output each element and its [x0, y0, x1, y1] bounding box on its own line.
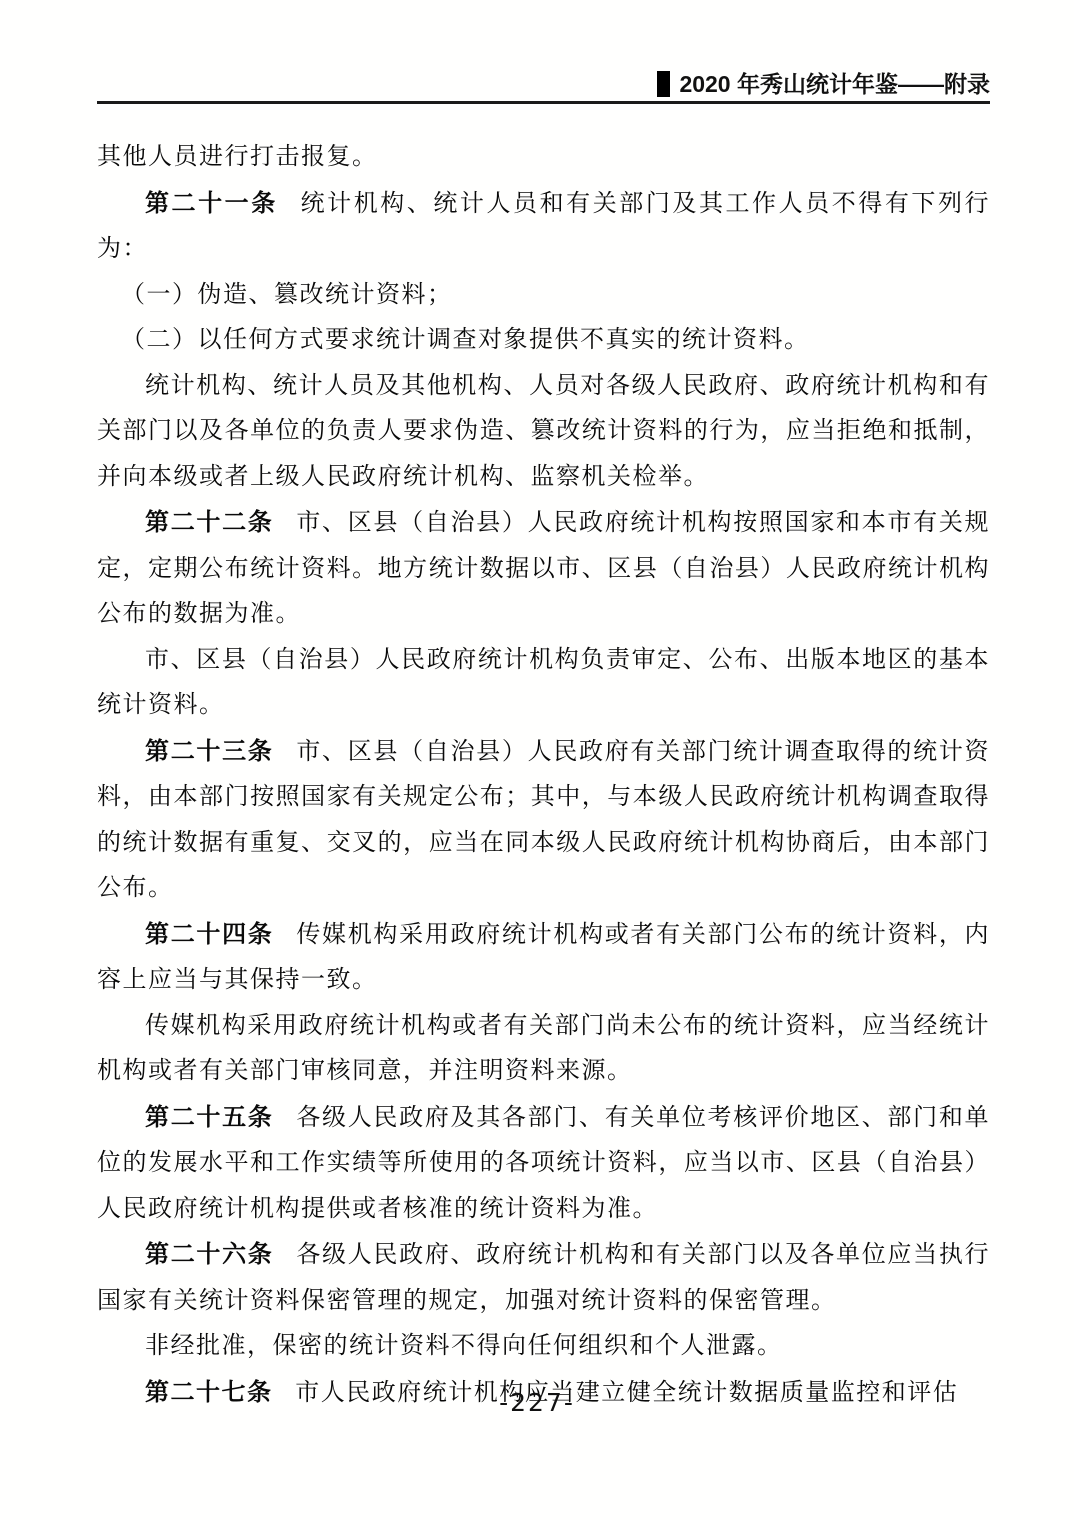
- article-number: 第二十一条: [145, 188, 278, 217]
- paragraph-text: 传媒机构采用政府统计机构或者有关部门尚未公布的统计资料，应当经统计机构或者有关部…: [97, 1011, 990, 1085]
- document-body: 其他人员进行打击报复。 第二十一条统计机构、统计人员和有关部门及其工作人员不得有…: [97, 134, 990, 1415]
- paragraph-text: 统计机构、统计人员及其他机构、人员对各级人民政府、政府统计机构和有关部门以及各单…: [97, 371, 990, 490]
- paragraph: 非经批准，保密的统计资料不得向任何组织和个人泄露。: [97, 1323, 990, 1369]
- paragraph: 第二十一条统计机构、统计人员和有关部门及其工作人员不得有下列行为：: [97, 180, 990, 272]
- paragraph: （一）伪造、篡改统计资料；: [97, 272, 990, 318]
- paragraph: 第二十六条各级人民政府、政府统计机构和有关部门以及各单位应当执行国家有关统计资料…: [97, 1231, 990, 1323]
- article-number: 第二十四条: [145, 919, 274, 948]
- page-footer: -227-: [0, 1388, 1074, 1417]
- article-number: 第二十五条: [145, 1102, 274, 1131]
- article-number: 第二十三条: [145, 736, 274, 765]
- paragraph: 第二十二条市、区县（自治县）人民政府统计机构按照国家和本市有关规定，定期公布统计…: [97, 499, 990, 637]
- paragraph: 第二十四条传媒机构采用政府统计机构或者有关部门公布的统计资料，内容上应当与其保持…: [97, 911, 990, 1003]
- document-page: 2020 年秀山统计年鉴——附录 其他人员进行打击报复。 第二十一条统计机构、统…: [0, 0, 1074, 1520]
- page-number: -227-: [499, 1388, 575, 1417]
- paragraph: 市、区县（自治县）人民政府统计机构负责审定、公布、出版本地区的基本统计资料。: [97, 637, 990, 728]
- paragraph-text: 非经批准，保密的统计资料不得向任何组织和个人泄露。: [145, 1331, 783, 1359]
- article-number: 第二十六条: [145, 1239, 274, 1268]
- paragraph-text: （一）伪造、篡改统计资料；: [121, 280, 453, 308]
- header-title: 2020 年秀山统计年鉴——附录: [679, 71, 990, 97]
- paragraph-text: 其他人员进行打击报复。: [97, 142, 378, 170]
- paragraph: 第二十三条市、区县（自治县）人民政府有关部门统计调查取得的统计资料，由本部门按照…: [97, 728, 990, 911]
- paragraph: 第二十五条各级人民政府及其各部门、有关单位考核评价地区、部门和单位的发展水平和工…: [97, 1094, 990, 1232]
- paragraph: （二）以任何方式要求统计调查对象提供不真实的统计资料。: [97, 317, 990, 363]
- paragraph-text: （二）以任何方式要求统计调查对象提供不真实的统计资料。: [121, 325, 810, 353]
- paragraph: 统计机构、统计人员及其他机构、人员对各级人民政府、政府统计机构和有关部门以及各单…: [97, 363, 990, 500]
- paragraph: 传媒机构采用政府统计机构或者有关部门尚未公布的统计资料，应当经统计机构或者有关部…: [97, 1003, 990, 1094]
- page-header: 2020 年秀山统计年鉴——附录: [97, 70, 990, 104]
- paragraph: 其他人员进行打击报复。: [97, 134, 990, 180]
- black-bar-icon: [657, 71, 670, 97]
- paragraph-text: 市、区县（自治县）人民政府统计机构负责审定、公布、出版本地区的基本统计资料。: [97, 645, 990, 719]
- article-number: 第二十二条: [145, 507, 274, 536]
